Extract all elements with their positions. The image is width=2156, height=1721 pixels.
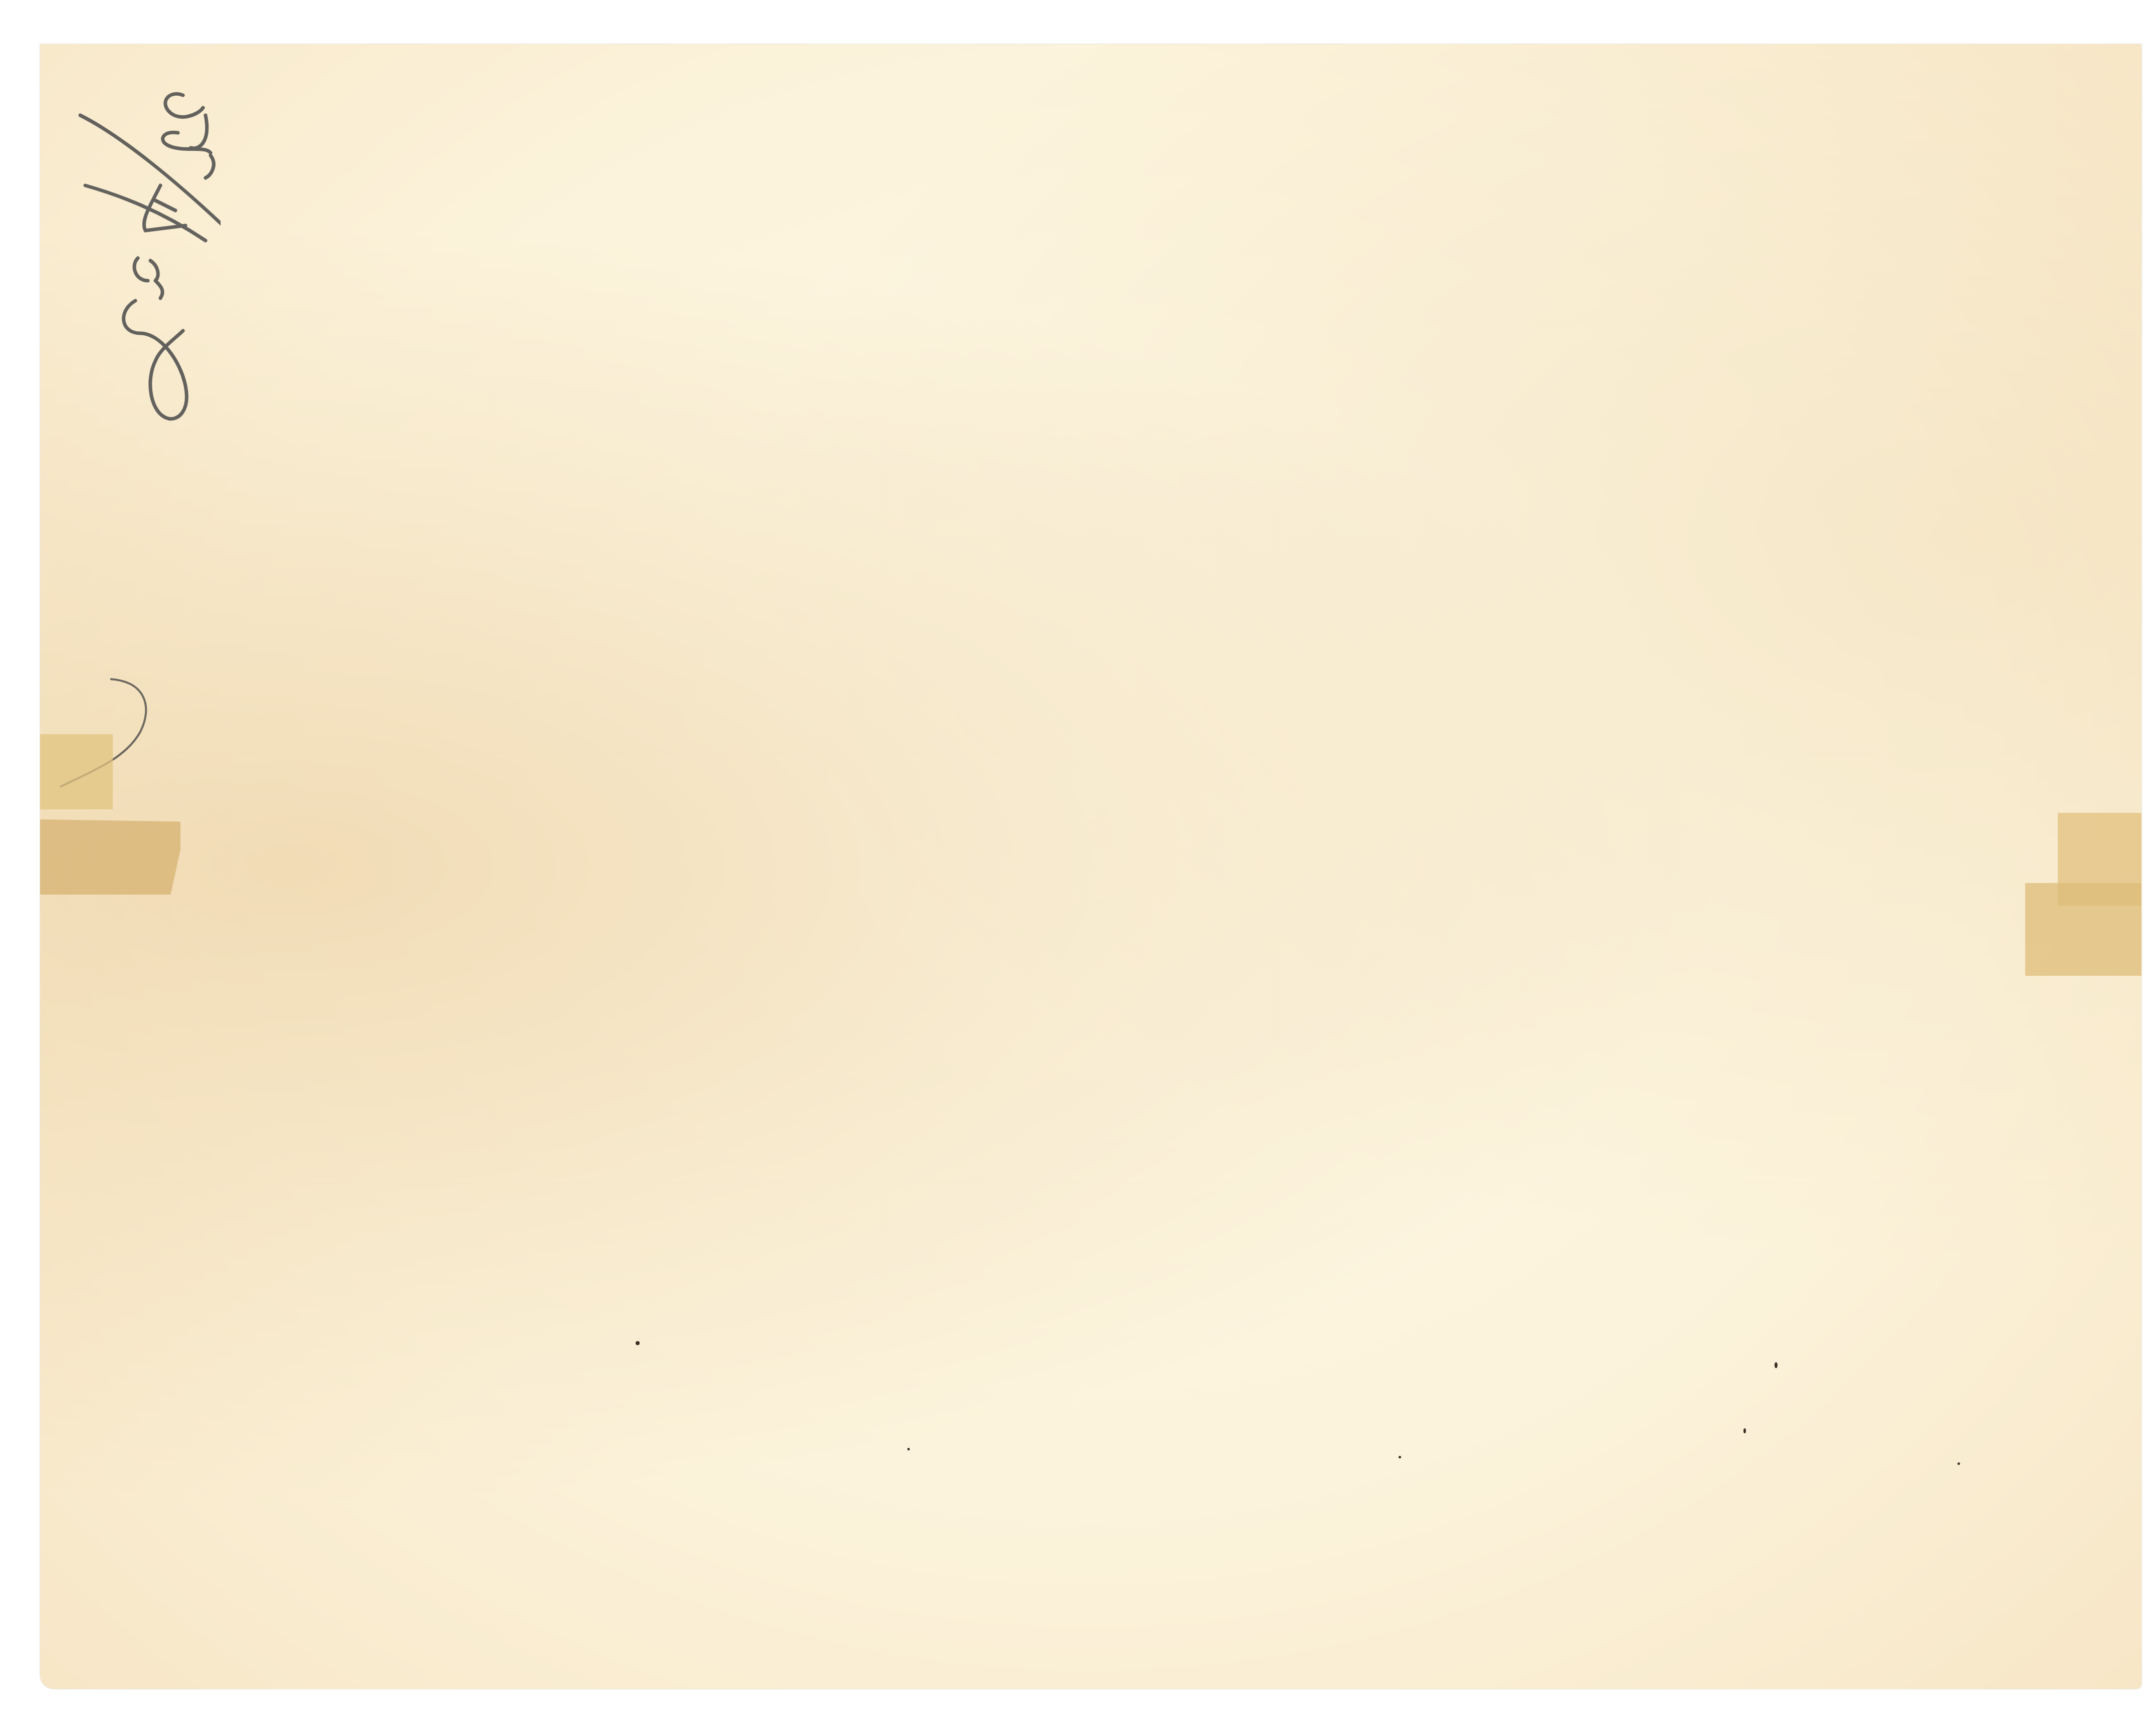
photo-back-paper [40, 44, 2141, 1689]
tape-piece-right-lower [2025, 883, 2141, 976]
paper-speck [1399, 1456, 1401, 1458]
paper-speck [1957, 1462, 1960, 1465]
tape-piece-left-upper [40, 734, 113, 809]
paper-speck [1743, 1428, 1746, 1433]
handwriting-glyphs [60, 60, 221, 441]
paper-speck [907, 1448, 910, 1450]
paper-speck [636, 1341, 640, 1345]
tape-piece-left-lower [40, 819, 180, 895]
pencil-inscription: 55/438 [60, 60, 221, 441]
paper-speck [1775, 1362, 1778, 1368]
